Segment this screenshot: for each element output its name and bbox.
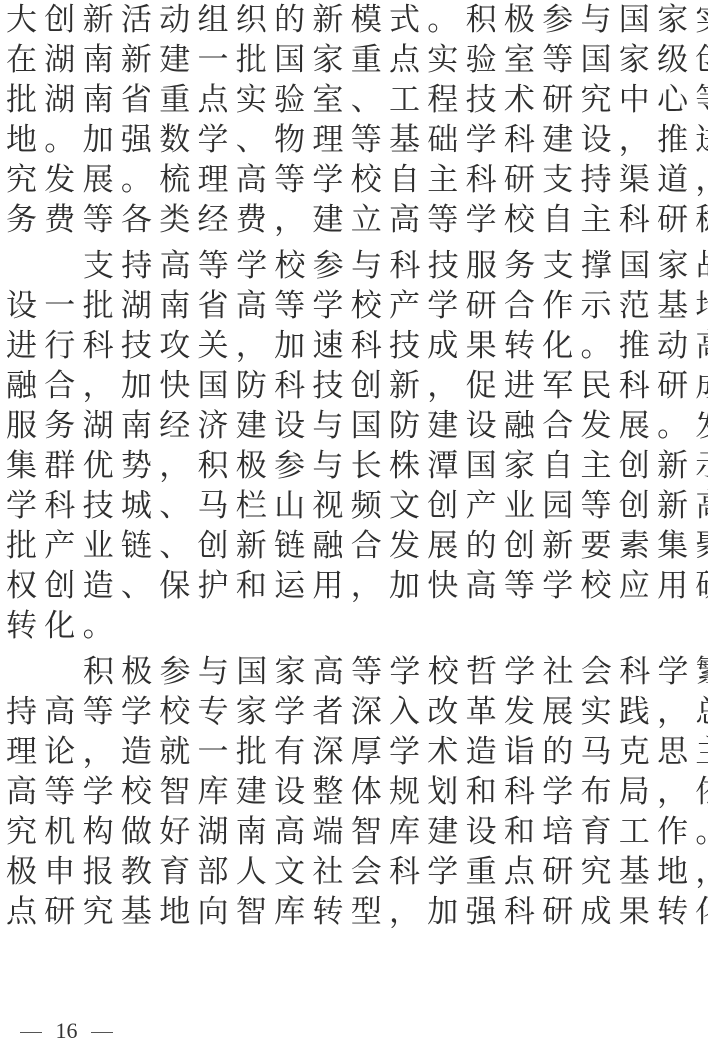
text-line: 权创造、保护和运用，加快高等学校应用研究及科技成果	[6, 566, 706, 606]
text-line: 高等学校智库建设整体规划和科学布局，依托高等学校和研	[6, 772, 706, 812]
text-line: 究机构做好湖南高端智库建设和培育工作。支持高等学校积	[6, 812, 706, 852]
text-line: 务费等各类经费，建立高等学校自主科研稳定支持机制。	[6, 200, 706, 240]
text-line: 点研究基地向智库转型，加强科研成果转化应用，为国家和	[6, 892, 706, 932]
page-number: 16	[56, 1018, 78, 1043]
paragraph-first-line: 积极参与国家高等学校哲学社会科学繁荣计划。引导支	[6, 652, 708, 692]
document-page: 大创新活动组织的新模式。积极参与国家实验室建设，争取 在湖南新建一批国家重点实验…	[0, 0, 708, 1052]
text-line: 转化。	[6, 606, 706, 646]
text-line: 地。加强数学、物理等基础学科建设，推进教育学科基础研	[6, 120, 706, 160]
paragraph-first-line: 支持高等学校参与科技服务支撑国家战略行动计划。建	[6, 246, 708, 286]
footer-dash-right	[91, 1032, 113, 1033]
text-line: 理论，造就一批有深厚学术造诣的马克思主义理论家。加强	[6, 732, 706, 772]
text-line: 融合，加快国防科技创新，促进军民科研成果共享与转化，	[6, 366, 706, 406]
text-line: 极申报教育部人文社会科学重点研究基地，支持有条件的重	[6, 852, 706, 892]
text-line: 进行科技攻关，加速科技成果转化。推动高等学校深化军民	[6, 326, 706, 366]
text-line: 批产业链、创新链融合发展的创新要素集聚区。强化知识产	[6, 526, 706, 566]
footer-dash-left	[20, 1032, 42, 1033]
text-line: 批湖南省重点实验室、工程技术研究中心等省部级创新基	[6, 80, 706, 120]
text-line: 学科技城、马栏山视频文创产业园等创新高地建设，构建一	[6, 486, 706, 526]
text-line: 集群优势，积极参与长株潭国家自主创新示范区、岳麓山大	[6, 446, 706, 486]
text-line: 设一批湖南省高等学校产学研合作示范基地，鼓励校企合作	[6, 286, 706, 326]
page-footer: 16	[12, 1016, 121, 1046]
text-line: 持高等学校专家学者深入改革发展实践，总结提炼新观点新	[6, 692, 706, 732]
text-line: 究发展。梳理高等学校自主科研支持渠道，统筹基本科研业	[6, 160, 706, 200]
text-line: 大创新活动组织的新模式。积极参与国家实验室建设，争取	[6, 0, 706, 40]
text-line: 服务湖南经济建设与国防建设融合发展。发挥高等学校学科	[6, 406, 706, 446]
text-line: 在湖南新建一批国家重点实验室等国家级创新基地，以及一	[6, 40, 706, 80]
